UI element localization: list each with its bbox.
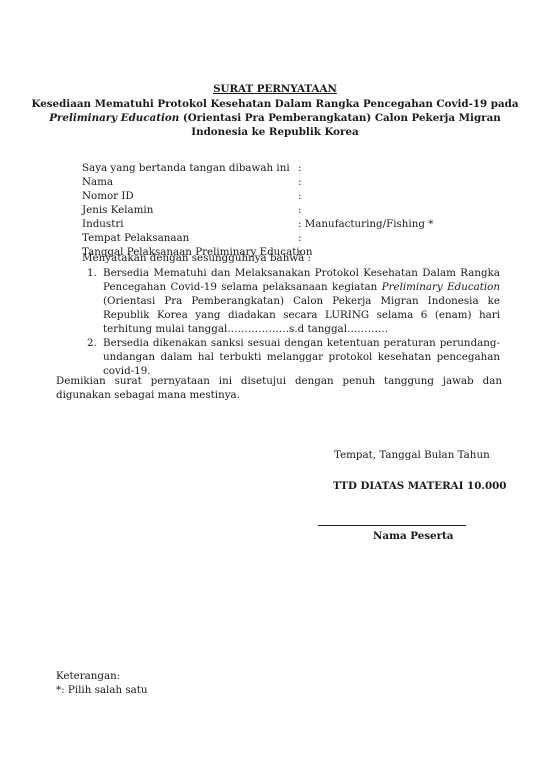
subtitle-italic: Preliminary Education [49, 112, 179, 124]
statement-list: 1. Bersedia Mematuhi dan Melaksanakan Pr… [82, 266, 500, 378]
document-subtitle-line3: Indonesia ke Republik Korea [0, 126, 550, 138]
form-value: : [298, 175, 301, 189]
notes-heading: Keterangan: [56, 670, 120, 682]
form-label: Nama [82, 175, 113, 189]
signature-name-label: Nama Peserta [373, 530, 453, 542]
signature-place-date: Tempat, Tanggal Bulan Tahun [334, 449, 490, 461]
form-label: Nomor ID [82, 189, 134, 203]
form-label: Industri [82, 217, 124, 231]
form-value: : [298, 161, 301, 175]
statement-number: 1. [87, 266, 97, 280]
statement-text: Bersedia dikenakan sanksi sesuai dengan … [103, 337, 500, 377]
form-label: Saya yang bertanda tangan dibawah ini [82, 161, 290, 175]
notes-footnote: *: Pilih salah satu [56, 684, 148, 696]
signature-line [318, 525, 466, 526]
form-value: : [298, 203, 301, 217]
form-value: : [298, 189, 301, 203]
form-label: Jenis Kelamin [82, 203, 153, 217]
document-title: SURAT PERNYATAAN [0, 83, 550, 95]
statement-intro: Menyatakan dengan sesungguhnya bahwa : [82, 252, 311, 264]
document-subtitle-line1: Kesediaan Mematuhi Protokol Kesehatan Da… [0, 98, 550, 110]
signature-stamp-note: TTD DIATAS MATERAI 10.000 [333, 480, 506, 492]
statement-item: 2. Bersedia dikenakan sanksi sesuai deng… [82, 336, 500, 378]
form-value: : Manufacturing/Fishing * [298, 217, 433, 231]
statement-text-cont: (Orientasi Pra Pemberangkatan) Calon Pek… [103, 295, 500, 335]
closing-paragraph: Demikian surat pernyataan ini disetujui … [56, 374, 502, 402]
statement-item: 1. Bersedia Mematuhi dan Melaksanakan Pr… [82, 266, 500, 336]
form-value: : [298, 231, 301, 245]
document-subtitle-line2: Preliminary Education (Orientasi Pra Pem… [0, 112, 550, 124]
form-label: Tempat Pelaksanaan [82, 231, 189, 245]
statement-number: 2. [87, 336, 97, 350]
statement-italic: Preliminary Education [382, 281, 500, 293]
subtitle-rest: (Orientasi Pra Pemberangkatan) Calon Pek… [179, 112, 501, 124]
